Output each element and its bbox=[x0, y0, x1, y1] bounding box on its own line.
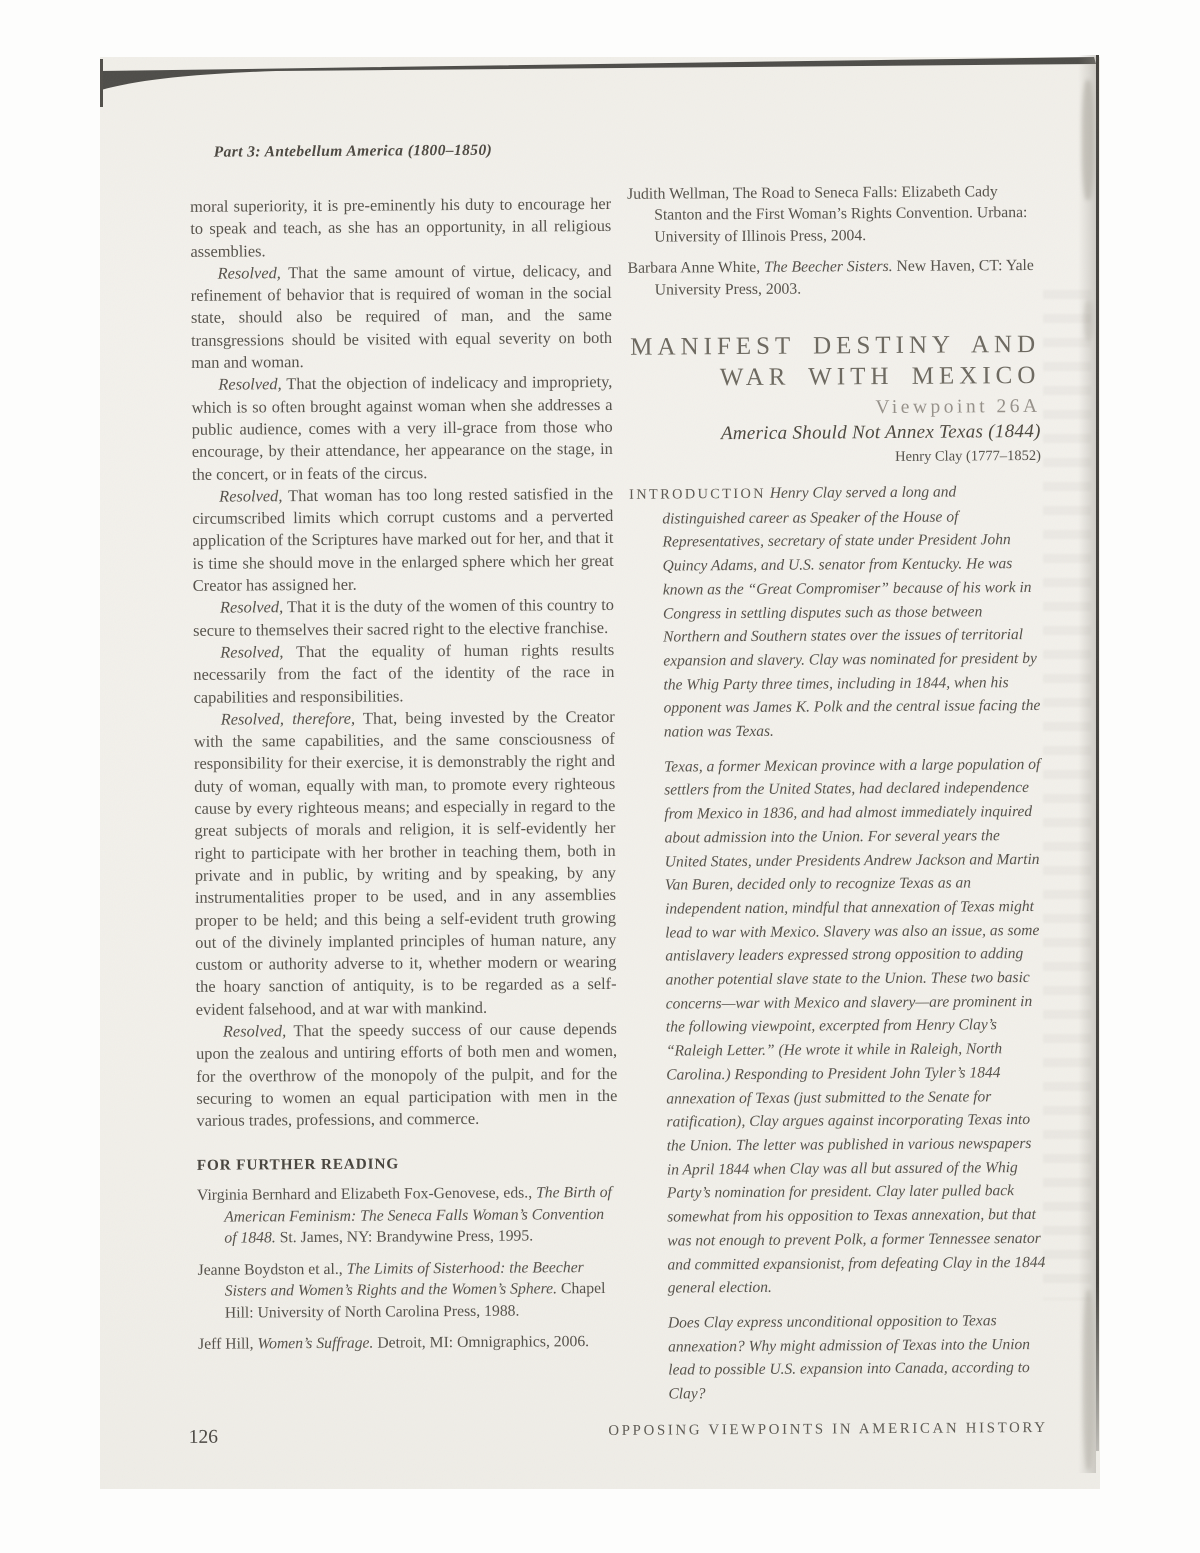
resolution-paragraph: Resolved, That the objection of indelica… bbox=[191, 371, 613, 485]
text-run: Detroit, MI: Omnigraphics, 2006. bbox=[373, 1333, 589, 1352]
text-run: Women’s Suffrage. bbox=[257, 1335, 373, 1353]
bibliography-entry: Virginia Bernhard and Elizabeth Fox-Geno… bbox=[197, 1182, 618, 1249]
text-run: St. James, NY: Brandywine Press, 1995. bbox=[276, 1228, 534, 1247]
scanned-book-page: Part 3: Antebellum America (1800–1850) m… bbox=[0, 0, 1200, 1553]
resolution-paragraph: moral superiority, it is pre-eminently h… bbox=[190, 193, 611, 263]
section-title-line2: WAR WITH MEXICO bbox=[628, 360, 1040, 394]
resolution-paragraph: Resolved, That woman has too long rested… bbox=[192, 483, 614, 597]
running-header: Part 3: Antebellum America (1800–1850) bbox=[214, 142, 493, 162]
text-run: The Beecher Sisters. bbox=[764, 258, 893, 276]
text-run: Resolved, bbox=[220, 642, 283, 661]
text-run: Resolved, therefore, bbox=[221, 709, 356, 729]
text-run: Resolved, bbox=[223, 1021, 286, 1040]
resolution-paragraph: Resolved, therefore, That, being investe… bbox=[194, 706, 617, 1021]
viewpoint-label: Viewpoint 26A bbox=[628, 396, 1040, 421]
right-column-bibliography: Judith Wellman, The Road to Seneca Falls… bbox=[627, 181, 1040, 301]
text-run: Jeanne Boydston et al., bbox=[197, 1260, 346, 1278]
section-heading-block: MANIFEST DESTINY AND WAR WITH MEXICO Vie… bbox=[628, 329, 1041, 468]
text-run: moral superiority, it is pre-eminently h… bbox=[190, 194, 611, 261]
resolution-paragraph: Resolved, That the same amount of virtue… bbox=[191, 260, 613, 374]
text-run: Resolved, bbox=[219, 486, 282, 505]
introduction-paragraph: Texas, a former Mexican province with a … bbox=[631, 753, 1047, 1301]
further-reading-heading: FOR FURTHER READING bbox=[197, 1154, 618, 1175]
section-title-line1: MANIFEST DESTINY AND bbox=[628, 329, 1040, 363]
introduction-label: INTRODUCTION bbox=[629, 486, 766, 503]
resolution-paragraph: Resolved, That the equality of human rig… bbox=[193, 639, 614, 709]
resolution-paragraph: Resolved, That it is the duty of the wom… bbox=[193, 594, 614, 642]
text-run: Judith Wellman, The Road to Seneca Falls… bbox=[627, 183, 1027, 245]
viewpoint-author: Henry Clay (1777–1852) bbox=[629, 448, 1041, 468]
text-run: Does Clay express unconditional oppositi… bbox=[668, 1312, 1030, 1402]
text-run: That, being invested by the Creator with… bbox=[194, 707, 617, 1019]
left-column: moral superiority, it is pre-eminently h… bbox=[190, 193, 619, 1355]
text-run: Jeff Hill, bbox=[198, 1335, 258, 1352]
text-run: Texas, a former Mexican province with a … bbox=[664, 756, 1045, 1297]
text-run: Resolved, bbox=[220, 598, 283, 617]
bibliography-entry: Jeanne Boydston et al., The Limits of Si… bbox=[197, 1257, 618, 1324]
text-run: Resolved, bbox=[218, 375, 281, 394]
resolution-paragraph: Resolved, That the speedy success of our… bbox=[196, 1018, 618, 1132]
introduction-block: INTRODUCTION Henry Clay served a long an… bbox=[629, 480, 1048, 1418]
text-run: Barbara Anne White, bbox=[628, 259, 765, 277]
viewpoint-title: America Should Not Annex Texas (1844) bbox=[629, 421, 1041, 446]
text-run: Henry Clay served a long and distinguish… bbox=[662, 484, 1040, 741]
bibliography-entry: Judith Wellman, The Road to Seneca Falls… bbox=[627, 181, 1039, 248]
resolutions-text-block: moral superiority, it is pre-eminently h… bbox=[190, 193, 618, 1132]
bibliography-entry: Jeff Hill, Women’s Suffrage. Detroit, MI… bbox=[198, 1331, 619, 1355]
further-reading-list: Virginia Bernhard and Elizabeth Fox-Geno… bbox=[197, 1182, 619, 1355]
bibliography-entry: Barbara Anne White, The Beecher Sisters.… bbox=[627, 255, 1039, 301]
introduction-paragraph: INTRODUCTION Henry Clay served a long an… bbox=[629, 480, 1043, 745]
text-run: Virginia Bernhard and Elizabeth Fox-Geno… bbox=[197, 1185, 536, 1204]
text-run: Resolved, bbox=[218, 263, 281, 282]
introduction-paragraph: Does Clay express unconditional oppositi… bbox=[635, 1309, 1048, 1407]
running-footer: OPPOSING VIEWPOINTS IN AMERICAN HISTORY bbox=[436, 1420, 1048, 1441]
printed-content: Part 3: Antebellum America (1800–1850) m… bbox=[0, 0, 1200, 1553]
page-number: 126 bbox=[189, 1427, 218, 1449]
